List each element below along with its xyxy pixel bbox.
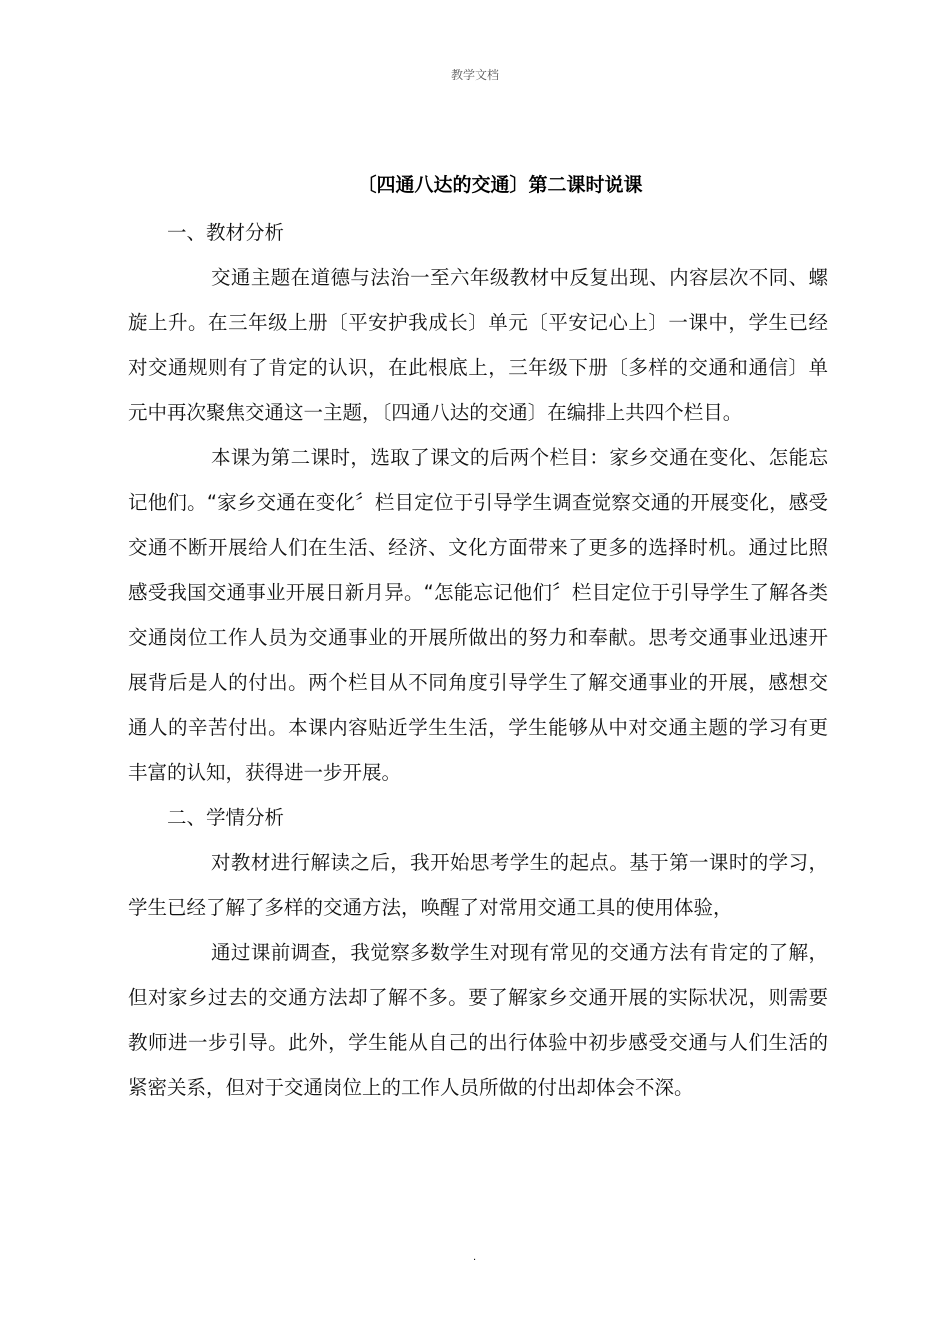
document-title: 〔四通八达的交通〕第二课时说课 (0, 170, 950, 197)
section-student-analysis: 二、学情分析 对教材进行解读之后，我开始思考学生的起点。基于第一课时的学习，学生… (128, 795, 828, 1110)
page-header: 教学文档 (0, 66, 950, 83)
document-body: 一、教材分析 交通主题在道德与法治一至六年级教材中反复出现、内容层次不同、螺旋上… (128, 210, 828, 1110)
section-textbook-analysis: 一、教材分析 交通主题在道德与法治一至六年级教材中反复出现、内容层次不同、螺旋上… (128, 210, 828, 795)
paragraph: 对教材进行解读之后，我开始思考学生的起点。基于第一课时的学习，学生已经了解了多样… (128, 840, 828, 930)
paragraph: 本课为第二课时，选取了课文的后两个栏目：家乡交通在变化、怎能忘记他们。“家乡交通… (128, 435, 828, 795)
paragraph: 交通主题在道德与法治一至六年级教材中反复出现、内容层次不同、螺旋上升。在三年级上… (128, 255, 828, 435)
paragraph: 通过课前调查，我觉察多数学生对现有常见的交通方法有肯定的了解，但对家乡过去的交通… (128, 930, 828, 1110)
page-footer: . (473, 1252, 476, 1263)
section-heading: 二、学情分析 (128, 795, 828, 840)
section-heading: 一、教材分析 (128, 210, 828, 255)
